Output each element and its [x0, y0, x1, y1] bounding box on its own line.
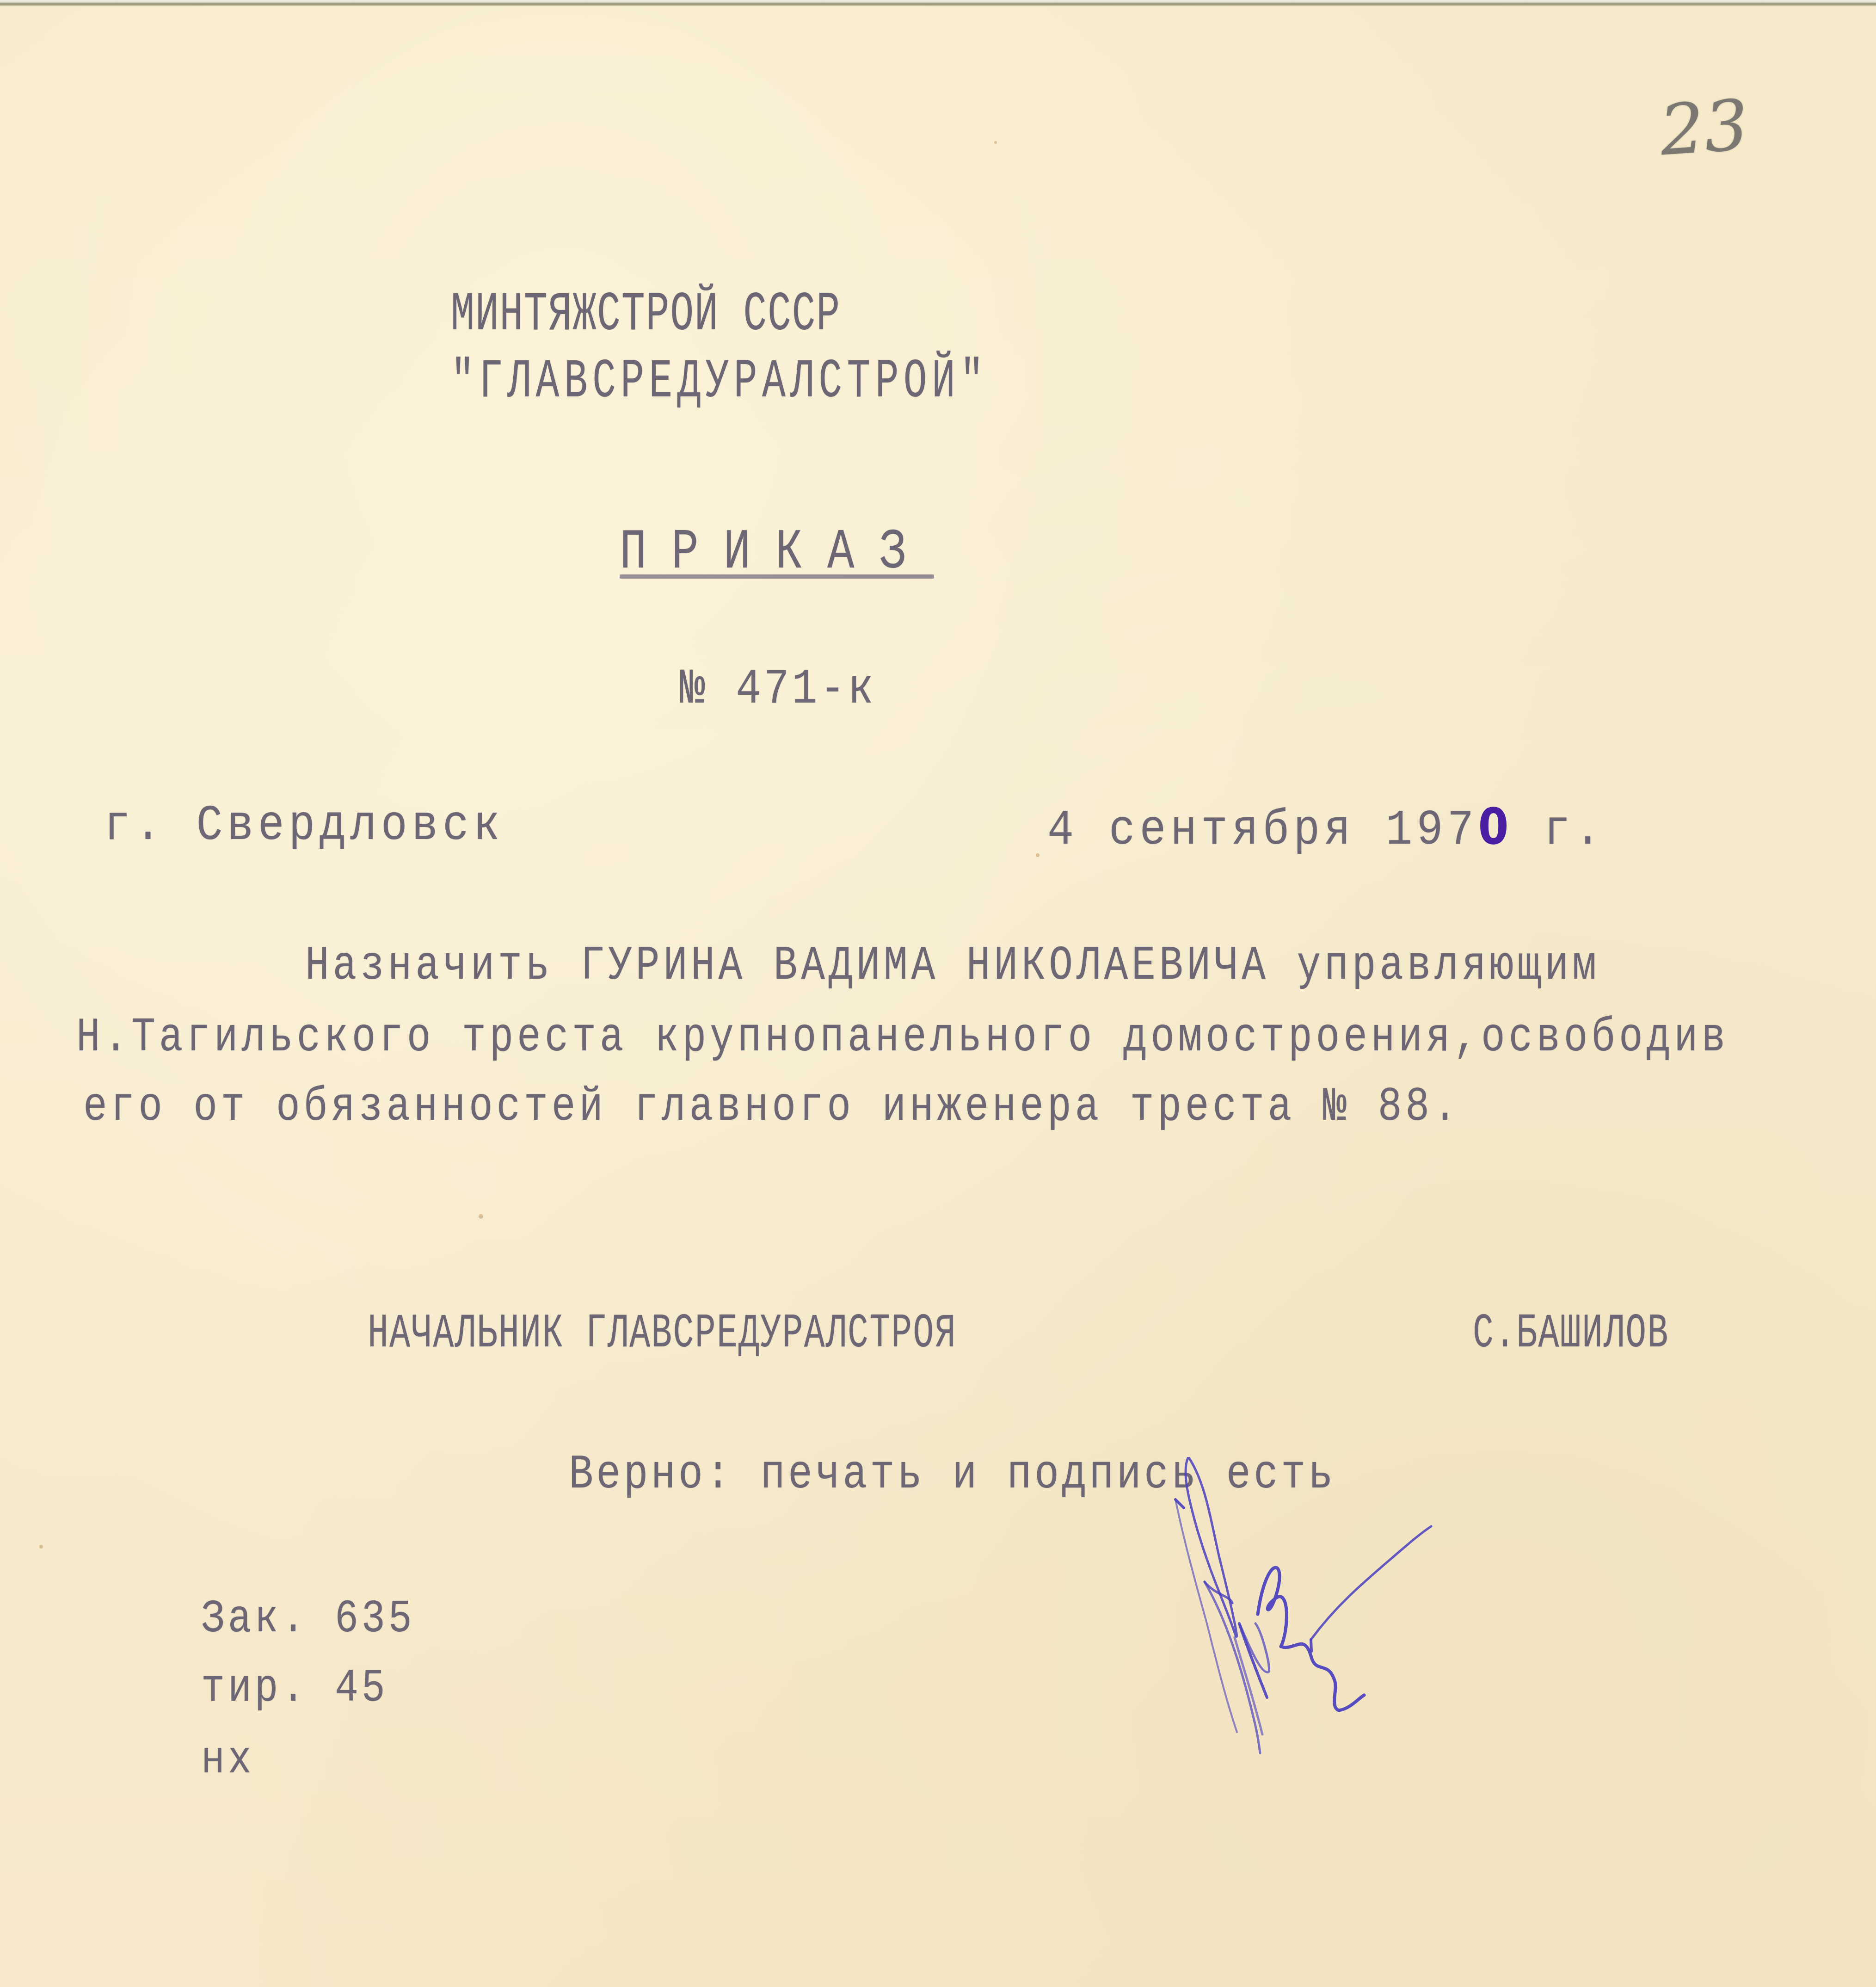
paper-stain — [1036, 853, 1039, 857]
ministry-header: МИНТЯЖСТРОЙ СССР — [451, 284, 841, 346]
title-underline — [620, 574, 934, 579]
paper-stain — [39, 1545, 43, 1549]
city-line: г. Свердловск — [104, 798, 504, 854]
footer-print-run: тир. 45 — [201, 1663, 388, 1715]
paper-stain — [479, 1214, 483, 1219]
date-suffix: г. — [1513, 802, 1605, 859]
footer-order-ref: Зак. 635 — [201, 1593, 415, 1646]
order-number: № 471-к — [680, 661, 876, 718]
body-line-1: Назначить ГУРИНА ВАДИМА НИКОЛАЕВИЧА упра… — [305, 939, 1600, 993]
signatory-title: НАЧАЛЬНИК ГЛАВСРЕДУРАЛСТРОЯ — [368, 1307, 957, 1361]
handwritten-signature-icon — [1156, 1457, 1618, 1987]
footer-typist-initials: нх — [201, 1734, 255, 1787]
paper-torn-edge — [0, 0, 1876, 6]
date-typed: 4 сентября 197 — [1047, 802, 1478, 859]
signatory-name: С.БАШИЛОВ — [1473, 1307, 1669, 1361]
paper-stain — [994, 141, 997, 144]
archive-page-number: 23 — [1657, 85, 1751, 172]
date-line: 4 сентября 1970 г. — [1047, 798, 1605, 859]
body-line-3: его от обязанностей главного инженера тр… — [83, 1080, 1460, 1135]
date-handwritten-correction: 0 — [1478, 798, 1513, 856]
body-line-2: Н.Тагильского треста крупнопанельного до… — [76, 1011, 1729, 1065]
organization-header: "ГЛАВСРЕДУРАЛСТРОЙ" — [451, 352, 988, 413]
